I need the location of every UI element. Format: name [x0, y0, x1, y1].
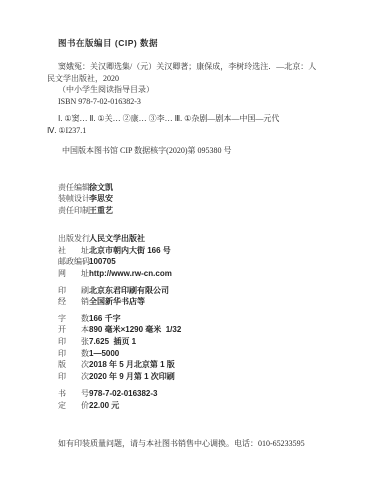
- publisher-info-block: 出版发行 人民文学出版社 社址 北京市朝内大街 166 号 邮政编码 10070…: [58, 233, 345, 279]
- info-value: 1—5000: [89, 348, 119, 360]
- info-value: 100705: [89, 256, 116, 268]
- credit-row: 责任编辑 徐文凯: [58, 182, 345, 194]
- info-label: 字数: [58, 313, 89, 325]
- quality-exchange-note: 如有印装质量问题，请与本社图书销售中心调换。电话：010-65233595: [58, 438, 345, 449]
- info-value: 2020 年 9 月第 1 次印刷: [89, 371, 175, 383]
- cip-record-line: 民文学出版社，2020: [47, 73, 345, 85]
- info-row: 印张 7.625 插页 1: [58, 336, 345, 348]
- cip-record-line: 窦娥冤：关汉卿选集/（元）关汉卿著；康保成，李树玲选注．—北京：人: [47, 61, 345, 73]
- info-label: 社址: [58, 245, 89, 257]
- series-note: （中小学生阅读指导目录）: [47, 84, 345, 96]
- info-row: 印刷 北京东君印刷有限公司: [58, 285, 345, 297]
- credit-label: 装帧设计: [58, 193, 89, 205]
- printing-distribution-block: 印刷 北京东君印刷有限公司 经销 全国新华书店等: [58, 285, 345, 308]
- staff-credits-block: 责任编辑 徐文凯 装帧设计 李思安 责任印制 王重艺: [58, 182, 345, 217]
- info-value: 166 千字: [89, 313, 121, 325]
- website-url: http://www.rw-cn.com: [89, 268, 172, 280]
- info-row: 字数 166 千字: [58, 313, 345, 325]
- info-value: 2018 年 5 月北京第 1 版: [89, 359, 175, 371]
- info-row: 网址 http://www.rw-cn.com: [58, 268, 345, 280]
- cip-registry-line: 中国版本图书馆 CIP 数据核字(2020)第 095380 号: [62, 145, 345, 157]
- info-value: 人民文学出版社: [89, 233, 145, 245]
- isbn-line: ISBN 978-7-02-016382-3: [47, 96, 345, 108]
- info-label: 印数: [58, 348, 89, 360]
- info-label: 经销: [58, 296, 89, 308]
- info-label: 定价: [58, 400, 89, 412]
- colophon-page: 图书在版编目 (CIP) 数据 窦娥冤：关汉卿选集/（元）关汉卿著；康保成，李树…: [0, 0, 375, 499]
- info-label: 开本: [58, 324, 89, 336]
- credit-value: 王重艺: [89, 205, 113, 217]
- credit-value: 李思安: [89, 193, 113, 205]
- credit-value: 徐文凯: [89, 182, 113, 194]
- classification-line: Ⅳ. ①I237.1: [47, 125, 345, 137]
- info-value: 890 毫米×1290 毫米 1/32: [89, 324, 181, 336]
- cip-record-block: 窦娥冤：关汉卿选集/（元）关汉卿著；康保成，李树玲选注．—北京：人 民文学出版社…: [47, 61, 345, 107]
- info-label: 出版发行: [58, 233, 89, 245]
- format-edition-block: 字数 166 千字 开本 890 毫米×1290 毫米 1/32 印张 7.62…: [58, 313, 345, 383]
- info-row: 印次 2020 年 9 月第 1 次印刷: [58, 371, 345, 383]
- info-label: 邮政编码: [58, 256, 89, 268]
- cip-classification-block: Ⅰ. ①窦… Ⅱ. ①关… ②康… ③李… Ⅲ. ①杂剧—剧本—中国—元代 Ⅳ.…: [47, 113, 345, 136]
- info-label: 网址: [58, 268, 89, 280]
- info-label: 印次: [58, 371, 89, 383]
- price-value: 22.00 元: [89, 400, 119, 412]
- info-row: 定价 22.00 元: [58, 400, 345, 412]
- classification-line: Ⅰ. ①窦… Ⅱ. ①关… ②康… ③李… Ⅲ. ①杂剧—剧本—中国—元代: [47, 113, 345, 125]
- book-number-price-block: 书号 978-7-02-016382-3 定价 22.00 元: [58, 388, 345, 411]
- info-label: 印刷: [58, 285, 89, 297]
- info-label: 印张: [58, 336, 89, 348]
- info-value: 全国新华书店等: [89, 296, 145, 308]
- credit-row: 责任印制 王重艺: [58, 205, 345, 217]
- info-row: 印数 1—5000: [58, 348, 345, 360]
- credit-label: 责任印制: [58, 205, 89, 217]
- info-row: 邮政编码 100705: [58, 256, 345, 268]
- info-row: 社址 北京市朝内大街 166 号: [58, 245, 345, 257]
- info-label: 版次: [58, 359, 89, 371]
- info-row: 开本 890 毫米×1290 毫米 1/32: [58, 324, 345, 336]
- info-row: 版次 2018 年 5 月北京第 1 版: [58, 359, 345, 371]
- book-number-value: 978-7-02-016382-3: [89, 388, 158, 400]
- info-row: 书号 978-7-02-016382-3: [58, 388, 345, 400]
- info-row: 经销 全国新华书店等: [58, 296, 345, 308]
- credit-row: 装帧设计 李思安: [58, 193, 345, 205]
- cip-heading: 图书在版编目 (CIP) 数据: [58, 38, 345, 48]
- info-value: 北京市朝内大街 166 号: [89, 245, 171, 257]
- info-label: 书号: [58, 388, 89, 400]
- info-value: 北京东君印刷有限公司: [89, 285, 169, 297]
- credit-label: 责任编辑: [58, 182, 89, 194]
- info-value: 7.625 插页 1: [89, 336, 136, 348]
- info-row: 出版发行 人民文学出版社: [58, 233, 345, 245]
